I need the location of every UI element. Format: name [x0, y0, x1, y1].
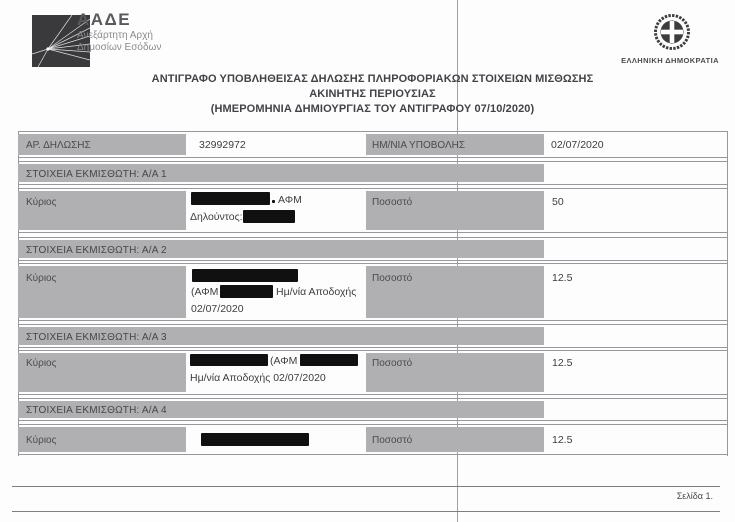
redaction-box-owner-name [191, 192, 270, 205]
owner-label: Κύριος [26, 357, 56, 371]
title-line2: ΑΚΙΝΗΤΗΣ ΠΕΡΙΟΥΣΙΑΣ [20, 87, 725, 102]
owner-label: Κύριος [26, 196, 56, 210]
acceptance-line: Ημ/νία Αποδοχής 02/07/2020 [190, 371, 326, 385]
afm-prefix: (ΑΦΜ [270, 354, 297, 368]
percent-label: Ποσοστό [372, 196, 412, 210]
acceptance-date: 02/07/2020 [191, 302, 244, 316]
percent-value: 12.5 [552, 433, 572, 447]
percent-label: Ποσοστό [372, 272, 412, 286]
title-line1: ΑΝΤΙΓΡΑΦΟ ΥΠΟΒΛΗΘΕΙΣΑΣ ΔΗΛΩΣΗΣ ΠΛΗΡΟΦΟΡΙ… [20, 72, 725, 87]
percent-label: Ποσοστό [372, 357, 412, 371]
aade-subtitle-line2: Δημοσίων Εσόδων [77, 42, 161, 53]
percent-value: 50 [552, 195, 564, 209]
redaction-box-owner-name [201, 433, 309, 446]
aade-acronym: ΑΑΔΕ [77, 10, 131, 30]
page-number: Σελίδα 1. [500, 491, 713, 501]
redaction-box-afm [220, 285, 273, 298]
afm-prefix: (ΑΦΜ [191, 285, 218, 299]
document-title: ΑΝΤΙΓΡΑΦΟ ΥΠΟΒΛΗΘΕΙΣΑΣ ΔΗΛΩΣΗΣ ΠΛΗΡΟΦΟΡΙ… [20, 72, 725, 117]
owner-label: Κύριος [26, 272, 56, 286]
section-1-header: ΣΤΟΙΧΕΙΑ ΕΚΜΙΣΘΩΤΗ: Α/Α 1 [26, 168, 167, 182]
submission-date-label: ΗΜ/ΝΙΑ ΥΠΟΒΟΛΗΣ [372, 139, 465, 153]
section-4-header-row: ΣΤΟΙΧΕΙΑ ΕΚΜΙΣΘΩΤΗ: Α/Α 4 [18, 398, 727, 421]
hellenic-republic-emblem [650, 12, 694, 56]
section-4-header: ΣΤΟΙΧΕΙΑ ΕΚΜΙΣΘΩΤΗ: Α/Α 4 [26, 404, 167, 418]
section-1-header-row: ΣΤΟΙΧΕΙΑ ΕΚΜΙΣΘΩΤΗ: Α/Α 1 [18, 161, 727, 185]
redaction-box-declarant-afm [243, 210, 295, 223]
acceptance-label: Ημ/νία Αποδοχής [276, 285, 356, 299]
redaction-dot [272, 200, 275, 203]
table-right-border [727, 131, 728, 456]
footer-rule-top [12, 486, 720, 487]
greek-coat-of-arms-icon [650, 12, 694, 56]
percent-label: Ποσοστό [372, 434, 412, 448]
submission-date-value: 02/07/2020 [551, 138, 604, 152]
title-line3: (ΗΜΕΡΟΜΗΝΙΑ ΔΗΜΙΟΥΡΓΙΑΣ ΤΟΥ ΑΝΤΙΓΡΑΦΟΥ 0… [20, 102, 725, 117]
aade-subtitle-line1: Ανεξάρτητη Αρχή [77, 30, 153, 41]
section-3-header-row: ΣΤΟΙΧΕΙΑ ΕΚΜΙΣΘΩΤΗ: Α/Α 3 [18, 324, 727, 348]
declarant-label: Δηλούντος: [190, 210, 243, 224]
section-3-header: ΣΤΟΙΧΕΙΑ ΕΚΜΙΣΘΩΤΗ: Α/Α 3 [26, 331, 167, 345]
redaction-box-afm [300, 354, 358, 366]
redaction-box-owner-name [190, 354, 268, 366]
section-1-owner-row: Κύριος ΑΦΜ Δηλούντος: Ποσοστό 50 [18, 188, 727, 233]
section-2-header: ΣΤΟΙΧΕΙΑ ΕΚΜΙΣΘΩΤΗ: Α/Α 2 [26, 244, 167, 258]
percent-value: 12.5 [552, 271, 572, 285]
section-3-owner-row: Κύριος (ΑΦΜ Ημ/νία Αποδοχής 02/07/2020 Π… [18, 350, 727, 395]
afm-label: ΑΦΜ [278, 193, 302, 207]
footer-rule-bottom [12, 511, 720, 512]
percent-value: 12.5 [552, 356, 572, 370]
declaration-number-label: ΑΡ. ΔΗΛΩΣΗΣ [26, 139, 91, 153]
declaration-number-value: 32992972 [199, 138, 246, 152]
republic-caption: ΕΛΛΗΝΙΚΗ ΔΗΜΟΚΡΑΤΙΑ [610, 56, 730, 65]
section-4-owner-row: Κύριος Ποσοστό 12.5 [18, 424, 727, 455]
owner-label: Κύριος [26, 434, 56, 448]
section-2-owner-row: Κύριος (ΑΦΜ Ημ/νία Αποδοχής 02/07/2020 Π… [18, 263, 727, 321]
scanned-document-page: ΑΑΔΕ Ανεξάρτητη Αρχή Δημοσίων Εσόδων ΕΛΛ… [0, 0, 735, 522]
section-2-header-row: ΣΤΟΙΧΕΙΑ ΕΚΜΙΣΘΩΤΗ: Α/Α 2 [18, 237, 727, 261]
declaration-row: ΑΡ. ΔΗΛΩΣΗΣ 32992972 ΗΜ/ΝΙΑ ΥΠΟΒΟΛΗΣ 02/… [18, 131, 727, 158]
redaction-box-owner-name [192, 269, 298, 282]
